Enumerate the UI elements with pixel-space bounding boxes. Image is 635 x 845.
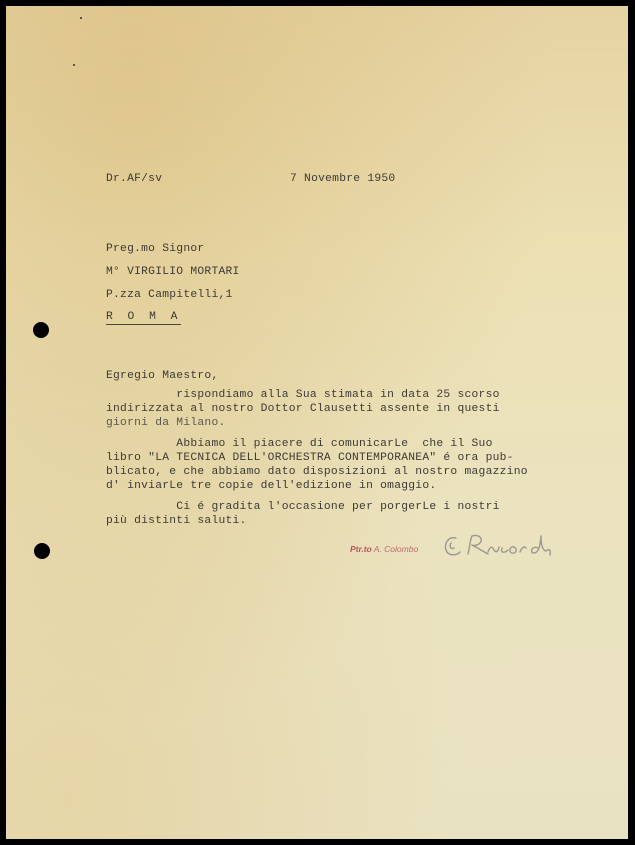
greeting: Egregio Maestro, xyxy=(106,369,218,383)
body-line: più distinti saluti. xyxy=(106,514,247,528)
body-line: libro "LA TECNICA DELL'ORCHESTRA CONTEMP… xyxy=(106,451,514,465)
punch-hole-bottom xyxy=(34,543,50,559)
recipient-salutation: Preg.mo Signor xyxy=(106,242,204,256)
letter-date: 7 Novembre 1950 xyxy=(290,172,395,186)
paper-speck xyxy=(80,17,82,19)
stamp-prefix: Ptr.to xyxy=(350,544,372,554)
punch-hole-top xyxy=(33,322,49,338)
body-line: giorni da Milano. xyxy=(106,416,226,430)
body-line: Ci é gradita l'occasione per porgerLe i … xyxy=(106,500,500,514)
recipient-name: M° VIRGILIO MORTARI xyxy=(106,265,240,279)
body-line: d' inviarLe tre copie dell'edizione in o… xyxy=(106,479,436,493)
letter-page: Dr.AF/sv 7 Novembre 1950 Preg.mo Signor … xyxy=(6,6,628,839)
recipient-city-text: R O M A xyxy=(106,311,181,325)
reference-code: Dr.AF/sv xyxy=(106,172,162,186)
paper-speck xyxy=(73,64,75,66)
body-line: rispondiamo alla Sua stimata in data 25 … xyxy=(106,388,500,402)
signatory-stamp: Ptr.to A. Colombo xyxy=(350,544,418,554)
handwritten-signature-icon xyxy=(442,532,567,560)
stamp-name: A. Colombo xyxy=(374,544,418,554)
body-line: Abbiamo il piacere di comunicarLe che il… xyxy=(106,437,493,451)
body-line: blicato, e che abbiamo dato disposizioni… xyxy=(106,465,528,479)
recipient-address: P.zza Campitelli,1 xyxy=(106,288,233,302)
recipient-city: R O M A xyxy=(106,310,181,324)
body-line: indirizzata al nostro Dottor Clausetti a… xyxy=(106,402,500,416)
